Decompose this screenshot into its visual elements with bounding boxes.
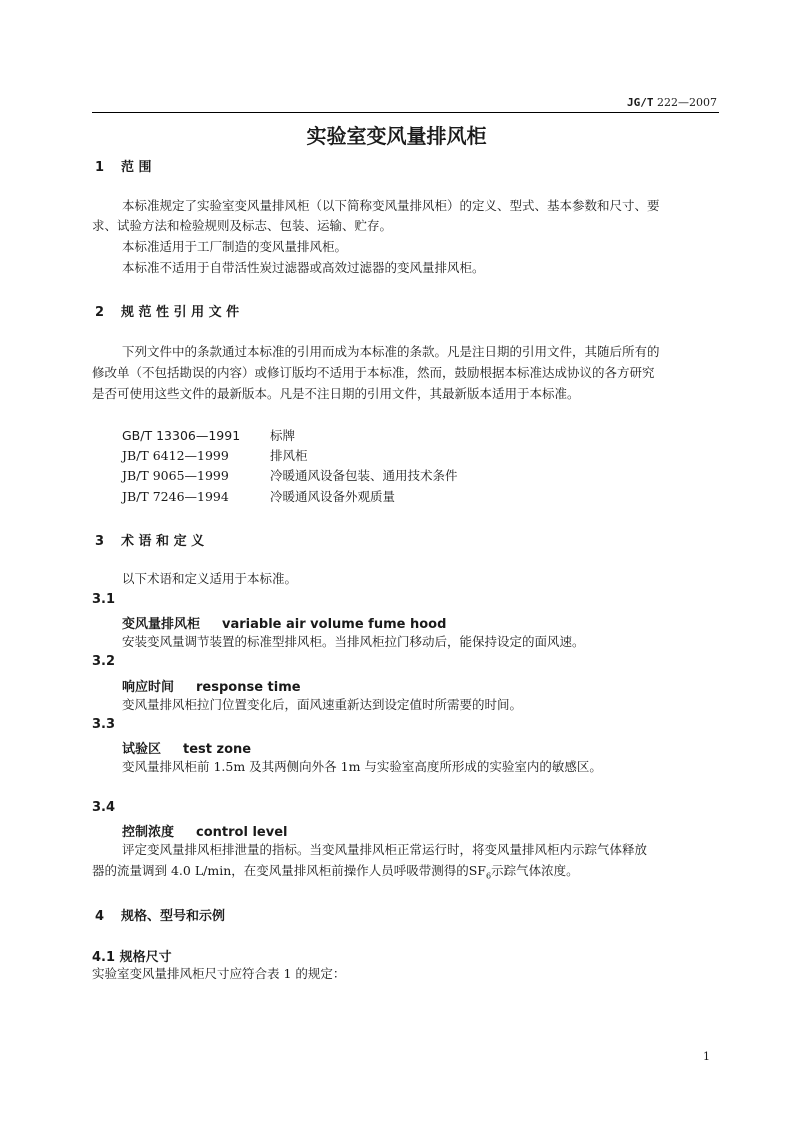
term-3-2-heading: 响应时间response time <box>122 676 301 695</box>
section-1-para-1a: 本标准规定了实验室变风量排风柜（以下简称变风量排风柜）的定义、型式、基本参数和尺… <box>122 196 660 217</box>
term-3-3-number: 3.3 <box>92 717 115 732</box>
page-number: 1 <box>703 1050 710 1063</box>
section-2-para-line-3: 是否可使用这些文件的最新版本。凡是不注日期的引用文件，其最新版本适用于本标准。 <box>92 384 580 405</box>
reference-item: GB/T 13306—1991标牌 <box>122 426 295 447</box>
section-4-heading: 4规格、型号和示例 <box>95 905 225 924</box>
section-4-1-heading: 4.1 规格尺寸 <box>92 946 172 965</box>
section-2-para-line-1: 下列文件中的条款通过本标准的引用而成为本标准的条款。凡是注日期的引用文件，其随后… <box>122 342 660 363</box>
term-3-1-heading: 变风量排风柜variable air volume fume hood <box>122 613 446 632</box>
section-2-para-line-2: 修改单（不包括勘误的内容）或修订版均不适用于本标准，然而，鼓励根据本标准达成协议… <box>92 363 655 384</box>
section-2-heading: 2规 范 性 引 用 文 件 <box>95 301 239 320</box>
document-page: JG/T 222—2007 实验室变风量排风柜 1范 围 本标准规定了实验室变风… <box>0 0 793 1122</box>
term-3-2-number: 3.2 <box>92 654 115 669</box>
header-rule <box>92 112 719 113</box>
section-3-intro: 以下术语和定义适用于本标准。 <box>122 569 297 590</box>
term-3-3-definition: 变风量排风柜前 1.5m 及其两侧向外各 1m 与实验室高度所形成的实验室内的敏… <box>122 757 602 778</box>
document-title: 实验室变风量排风柜 <box>0 120 793 149</box>
standard-prefix: JG/T <box>627 96 654 109</box>
term-3-1-definition: 安装变风量调节装置的标准型排风柜。当排风柜拉门移动后，能保持设定的面风速。 <box>122 632 585 653</box>
term-3-4-heading: 控制浓度control level <box>122 821 287 840</box>
standard-number: 222—2007 <box>657 96 717 109</box>
term-3-1-number: 3.1 <box>92 592 115 607</box>
reference-item: JB/T 7246—1994冷暖通风设备外观质量 <box>122 487 395 508</box>
section-1-para-3: 本标准不适用于自带活性炭过滤器或高效过滤器的变风量排风柜。 <box>122 258 485 279</box>
section-1-heading: 1范 围 <box>95 156 152 175</box>
standard-code: JG/T 222—2007 <box>627 96 717 109</box>
section-1-para-2: 本标准适用于工厂制造的变风量排风柜。 <box>122 237 347 258</box>
reference-item: JB/T 6412—1999排风柜 <box>122 446 308 467</box>
term-3-4-definition-line-2: 器的流量调到 4.0 L/min，在变风量排风柜前操作人员呼吸带测得的SF6示踪… <box>92 861 579 887</box>
term-3-4-definition-line-1: 评定变风量排风柜排泄量的指标。当变风量排风柜正常运行时，将变风量排风柜内示踪气体… <box>122 840 647 861</box>
reference-item: JB/T 9065—1999冷暖通风设备包装、通用技术条件 <box>122 466 458 487</box>
section-3-heading: 3术 语 和 定 义 <box>95 530 204 549</box>
section-4-1-text: 实验室变风量排风柜尺寸应符合表 1 的规定： <box>92 964 345 985</box>
term-3-2-definition: 变风量排风柜拉门位置变化后，面风速重新达到设定值时所需要的时间。 <box>122 695 522 716</box>
section-1-para-1b: 求、试验方法和检验规则及标志、包装、运输、贮存。 <box>92 216 392 237</box>
term-3-4-number: 3.4 <box>92 800 115 815</box>
term-3-3-heading: 试验区test zone <box>122 738 251 757</box>
